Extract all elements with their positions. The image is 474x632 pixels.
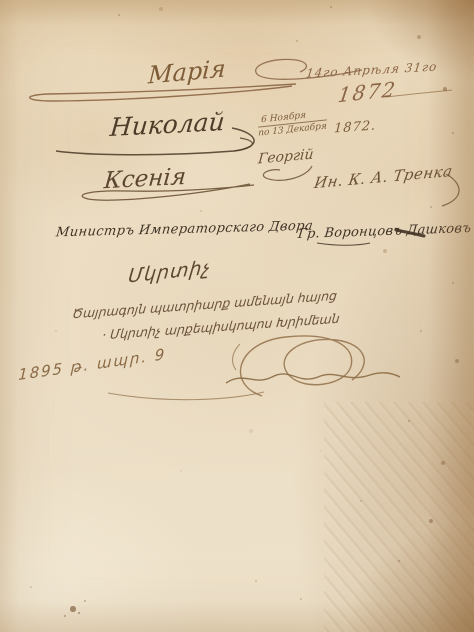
signature-nikolai: Николай (109, 107, 226, 142)
signature-attendant: Ин. К. А. Тренка (313, 162, 454, 192)
armenian-signature: Մկրտիչ (127, 256, 212, 287)
manuscript-page: Марія 14го Апрѣля 31го 1872 Николай 6 Но… (0, 0, 474, 632)
grand-flourish-signature (108, 336, 400, 400)
paper-crease-texture (324, 402, 474, 632)
minister-name: Гр. Воронцовъ Дашковъ (297, 221, 472, 242)
minister-underline (317, 243, 370, 245)
nikolai-loop-flourish (234, 138, 252, 151)
date-fraction: 6 Ноября по 13 Декабря (258, 108, 327, 138)
year-1872-second: 1872. (334, 118, 377, 136)
foxing-spots (0, 0, 2, 2)
minister-title: Министръ Императорскаго Двора (55, 219, 314, 241)
signature-maria: Марія (147, 54, 226, 89)
year-1872: 1872 (336, 77, 398, 108)
signature-ksenia: Ксенія (103, 164, 187, 194)
signature-georgiy: Георгій (257, 146, 314, 167)
date-april-1872: 14го Апрѣля 31го (305, 60, 438, 81)
georgiy-curl-flourish (263, 166, 312, 180)
date-1895: 1895 թ. ապր. 9 (18, 345, 167, 384)
